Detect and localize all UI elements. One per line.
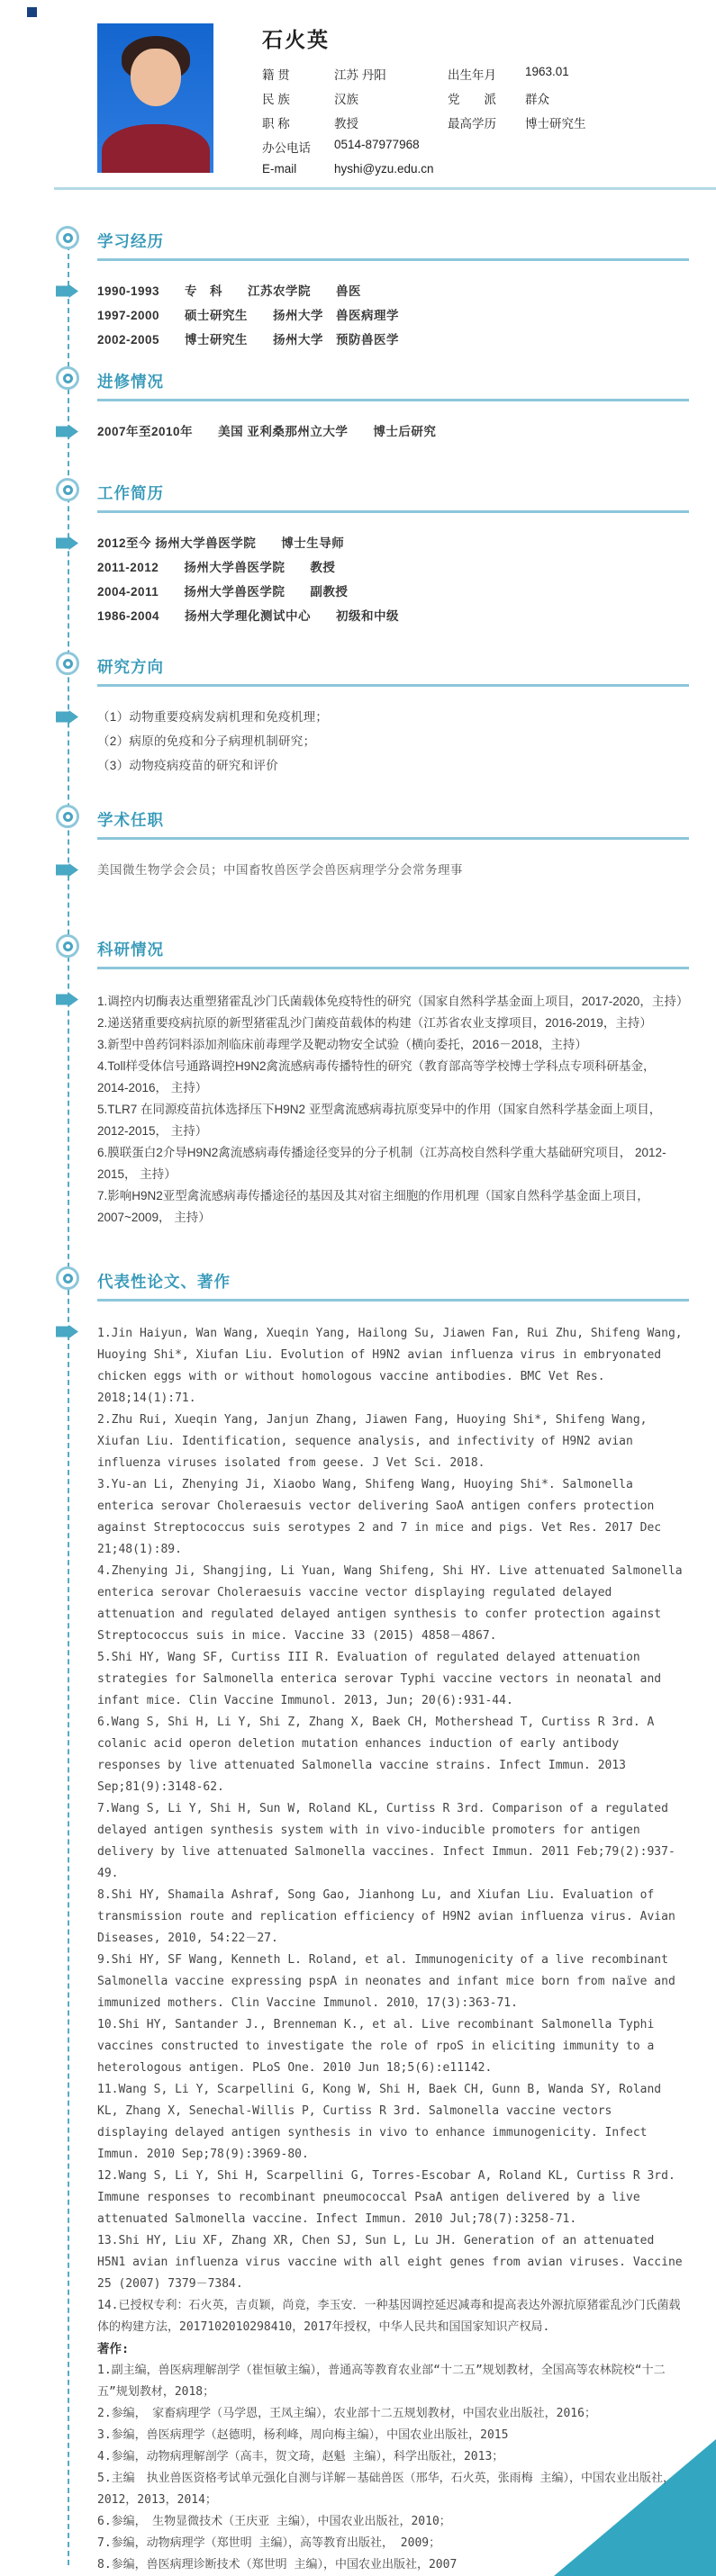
- book-item: 6.参编， 生物显微技术（王庆亚 主编），中国农业出版社，2010；: [97, 2511, 689, 2533]
- section-bullet-icon: [56, 934, 79, 958]
- section-arrow-icon: [56, 710, 78, 724]
- field-label: 办公电话: [262, 138, 334, 156]
- project-item: 2.递送猪重要疫病抗原的新型猪霍乱沙门菌疫苗载体的构建（江苏省农业支撑项目，20…: [97, 1013, 689, 1034]
- book-item: 3.参编，兽医病理学（赵德明，杨利峰，周向梅主编），中国农业出版社，2015: [97, 2425, 689, 2446]
- section-arrow-icon: [56, 425, 78, 438]
- field-value: 汉族: [334, 89, 448, 107]
- photo-silhouette-face: [131, 49, 181, 106]
- paper-item: 8.Shi HY, Shamaila Ashraf, Song Gao, Jia…: [97, 1885, 689, 1950]
- info-row: E-mail hyshi@yzu.edu.cn: [262, 162, 586, 176]
- field-label: E-mail: [262, 162, 334, 176]
- paper-item: 9.Shi HY, SF Wang, Kenneth L. Roland, et…: [97, 1950, 689, 2014]
- section-underline: [97, 399, 689, 401]
- education-row: 2002-2005 博士研究生 扬州大学 预防兽医学: [97, 331, 689, 348]
- section-title: 学术任职: [97, 808, 716, 831]
- work-row: 1986-2004 扬州大学理化测试中心 初级和中级: [97, 608, 689, 625]
- paper-item: 5.Shi HY, Wang SF, Curtiss III R. Evalua…: [97, 1647, 689, 1712]
- book-item: 4.参编，动物病理解剖学（高丰，贺文琦，赵魁 主编），科学出版社，2013；: [97, 2446, 689, 2468]
- book-item: 5.主编 执业兽医资格考试单元强化自测与详解－基础兽医（邢华，石火英，张雨梅 主…: [97, 2468, 689, 2511]
- book-item: 7.参编，动物病理学（郑世明 主编），高等教育出版社， 2009；: [97, 2533, 689, 2554]
- phone-value: 0514-87977968: [334, 138, 586, 156]
- academic-position-row: 美国微生物学会会员；中国畜牧兽医学会兽医病理学分会常务理事: [97, 861, 689, 878]
- section-bullet-icon: [56, 478, 79, 501]
- paper-item: 14.已授权专利：石火英，吉贞颖，尚竟，李玉安．一种基因调控延迟减毒和提高表达外…: [97, 2295, 689, 2338]
- section-body: （1）动物重要疫病发病机理和免疫机理； （2）病原的免疫和分子病理机制研究； （…: [97, 708, 689, 774]
- project-item: 1.调控内切酶表达重塑猪霍乱沙门氏菌载体免疫特性的研究（国家自然科学基金面上项目…: [97, 991, 689, 1013]
- section-body: 1.Jin Haiyun, Wan Wang, Xueqin Yang, Hai…: [97, 1323, 689, 2576]
- section-arrow-icon: [56, 536, 78, 550]
- field-value: 群众: [525, 89, 586, 107]
- paper-item: 7.Wang S, Li Y, Shi H, Sun W, Roland KL,…: [97, 1798, 689, 1885]
- section-arrow-icon: [56, 863, 78, 877]
- field-value: 江苏 丹阳: [334, 65, 448, 83]
- research-direction-row: （2）病原的免疫和分子病理机制研究；: [97, 733, 689, 750]
- training-row: 2007年至2010年 美国 亚利桑那州立大学 博士后研究: [97, 423, 689, 440]
- project-item: 7.影响H9N2亚型禽流感病毒传播途径的基因及其对宿主细胞的作用机理（国家自然科…: [97, 1185, 689, 1229]
- field-value: 教授: [334, 113, 448, 131]
- section-body: 1990-1993 专 科 江苏农学院 兽医 1997-2000 硕士研究生 扬…: [97, 283, 689, 348]
- section-work-history: 工作简历 2012至今 扬州大学兽医学院 博士生导师 2011-2012 扬州大…: [0, 482, 716, 625]
- section-title: 研究方向: [97, 655, 716, 678]
- work-row: 2004-2011 扬州大学兽医学院 副教授: [97, 583, 689, 600]
- section-body: 美国微生物学会会员；中国畜牧兽医学会兽医病理学分会常务理事: [97, 861, 689, 878]
- paper-item: 4.Zhenying Ji, Shangjing, Li Yuan, Wang …: [97, 1561, 689, 1647]
- book-item: 8.参编，兽医病理诊断技术（郑世明 主编），中国农业出版社，2007: [97, 2554, 689, 2576]
- project-item: 5.TLR7 在同源疫苗抗体选择压下H9N2 亚型禽流感病毒抗原变异中的作用（国…: [97, 1099, 689, 1142]
- section-education: 学习经历 1990-1993 专 科 江苏农学院 兽医 1997-2000 硕士…: [0, 230, 716, 348]
- field-label: 民 族: [262, 89, 334, 107]
- field-label: 籍 贯: [262, 65, 334, 83]
- section-bullet-icon: [56, 805, 79, 828]
- section-training: 进修情况 2007年至2010年 美国 亚利桑那州立大学 博士后研究: [0, 370, 716, 440]
- section-title: 进修情况: [97, 370, 716, 392]
- section-bullet-icon: [56, 652, 79, 675]
- info-row: 籍 贯 江苏 丹阳 出生年月 1963.01: [262, 65, 586, 83]
- section-bullet-icon: [56, 1266, 79, 1290]
- project-item: 4.Toll样受体信号通路调控H9N2禽流感病毒传播特性的研究（教育部高等学校博…: [97, 1056, 689, 1099]
- paper-item: 12.Wang S, Li Y, Shi H, Scarpellini G, T…: [97, 2166, 689, 2230]
- profile-page: 石火英 籍 贯 江苏 丹阳 出生年月 1963.01 民 族 汉族 党 派 群众…: [0, 0, 716, 2576]
- section-title: 代表性论文、著作: [97, 1270, 716, 1293]
- section-body: 2007年至2010年 美国 亚利桑那州立大学 博士后研究: [97, 423, 689, 440]
- section-bullet-icon: [56, 366, 79, 390]
- section-arrow-icon: [56, 1325, 78, 1338]
- section-underline: [97, 837, 689, 840]
- project-item: 3.新型中兽药饲料添加剂临床前毒理学及靶动物安全试验（横向委托，2016－201…: [97, 1034, 689, 1056]
- section-underline: [97, 967, 689, 969]
- profile-header: 石火英 籍 贯 江苏 丹阳 出生年月 1963.01 民 族 汉族 党 派 群众…: [0, 0, 716, 182]
- paper-item: 3.Yu-an Li, Zhenying Ji, Xiaobo Wang, Sh…: [97, 1474, 689, 1561]
- section-body: 2012至今 扬州大学兽医学院 博士生导师 2011-2012 扬州大学兽医学院…: [97, 535, 689, 625]
- education-row: 1990-1993 专 科 江苏农学院 兽医: [97, 283, 689, 300]
- section-title: 工作简历: [97, 482, 716, 504]
- section-title: 科研情况: [97, 938, 716, 960]
- book-item: 1.副主编，兽医病理解剖学（崔恒敏主编），普通高等教育农业部“十二五”规划教材，…: [97, 2360, 689, 2403]
- section-projects: 科研情况 1.调控内切酶表达重塑猪霍乱沙门氏菌载体免疫特性的研究（国家自然科学基…: [0, 938, 716, 1229]
- info-row: 职 称 教授 最高学历 博士研究生: [262, 113, 586, 131]
- section-underline: [97, 1299, 689, 1302]
- section-publications: 代表性论文、著作 1.Jin Haiyun, Wan Wang, Xueqin …: [0, 1270, 716, 2576]
- profile-info: 石火英 籍 贯 江苏 丹阳 出生年月 1963.01 民 族 汉族 党 派 群众…: [262, 23, 586, 182]
- paper-item: 10.Shi HY, Santander J., Brenneman K., e…: [97, 2014, 689, 2079]
- field-label: 出生年月: [448, 65, 525, 83]
- paper-item: 13.Shi HY, Liu XF, Zhang XR, Chen SJ, Su…: [97, 2230, 689, 2295]
- section-underline: [97, 684, 689, 687]
- project-item: 6.膜联蛋白2介导H9N2禽流感病毒传播途径变异的分子机制（江苏高校自然科学重大…: [97, 1142, 689, 1185]
- education-row: 1997-2000 硕士研究生 扬州大学 兽医病理学: [97, 307, 689, 324]
- paper-item: 11.Wang S, Li Y, Scarpellini G, Kong W, …: [97, 2079, 689, 2166]
- field-value: 1963.01: [525, 65, 586, 83]
- books-heading: 著作:: [97, 2338, 689, 2360]
- field-label: 最高学历: [448, 113, 525, 131]
- field-label: 党 派: [448, 89, 525, 107]
- paper-item: 6.Wang S, Shi H, Li Y, Shi Z, Zhang X, B…: [97, 1712, 689, 1798]
- research-direction-row: （1）动物重要疫病发病机理和免疫机理；: [97, 708, 689, 725]
- photo-silhouette-shirt: [102, 124, 210, 173]
- section-bullet-icon: [56, 226, 79, 249]
- section-body: 1.调控内切酶表达重塑猪霍乱沙门氏菌载体免疫特性的研究（国家自然科学基金面上项目…: [97, 991, 689, 1229]
- section-title: 学习经历: [97, 230, 716, 252]
- section-arrow-icon: [56, 993, 78, 1006]
- field-label: 职 称: [262, 113, 334, 131]
- research-direction-row: （3）动物疫病疫苗的研究和评价: [97, 757, 689, 774]
- section-academic-positions: 学术任职 美国微生物学会会员；中国畜牧兽医学会兽医病理学分会常务理事: [0, 808, 716, 878]
- paper-item: 1.Jin Haiyun, Wan Wang, Xueqin Yang, Hai…: [97, 1323, 689, 1410]
- section-underline: [97, 258, 689, 261]
- section-underline: [97, 510, 689, 513]
- info-row: 办公电话 0514-87977968: [262, 138, 586, 156]
- email-value: hyshi@yzu.edu.cn: [334, 162, 586, 176]
- profile-photo: [97, 23, 213, 173]
- section-arrow-icon: [56, 284, 78, 298]
- field-value: 博士研究生: [525, 113, 586, 131]
- book-item: 2.参编， 家畜病理学（马学恩，王凤主编），农业部十二五规划教材，中国农业出版社…: [97, 2403, 689, 2425]
- info-row: 民 族 汉族 党 派 群众: [262, 89, 586, 107]
- section-research-directions: 研究方向 （1）动物重要疫病发病机理和免疫机理； （2）病原的免疫和分子病理机制…: [0, 655, 716, 774]
- work-row: 2012至今 扬州大学兽医学院 博士生导师: [97, 535, 689, 552]
- paper-item: 2.Zhu Rui, Xueqin Yang, Janjun Zhang, Ji…: [97, 1410, 689, 1474]
- header-divider: [54, 187, 716, 190]
- work-row: 2011-2012 扬州大学兽医学院 教授: [97, 559, 689, 576]
- person-name: 石火英: [262, 23, 586, 53]
